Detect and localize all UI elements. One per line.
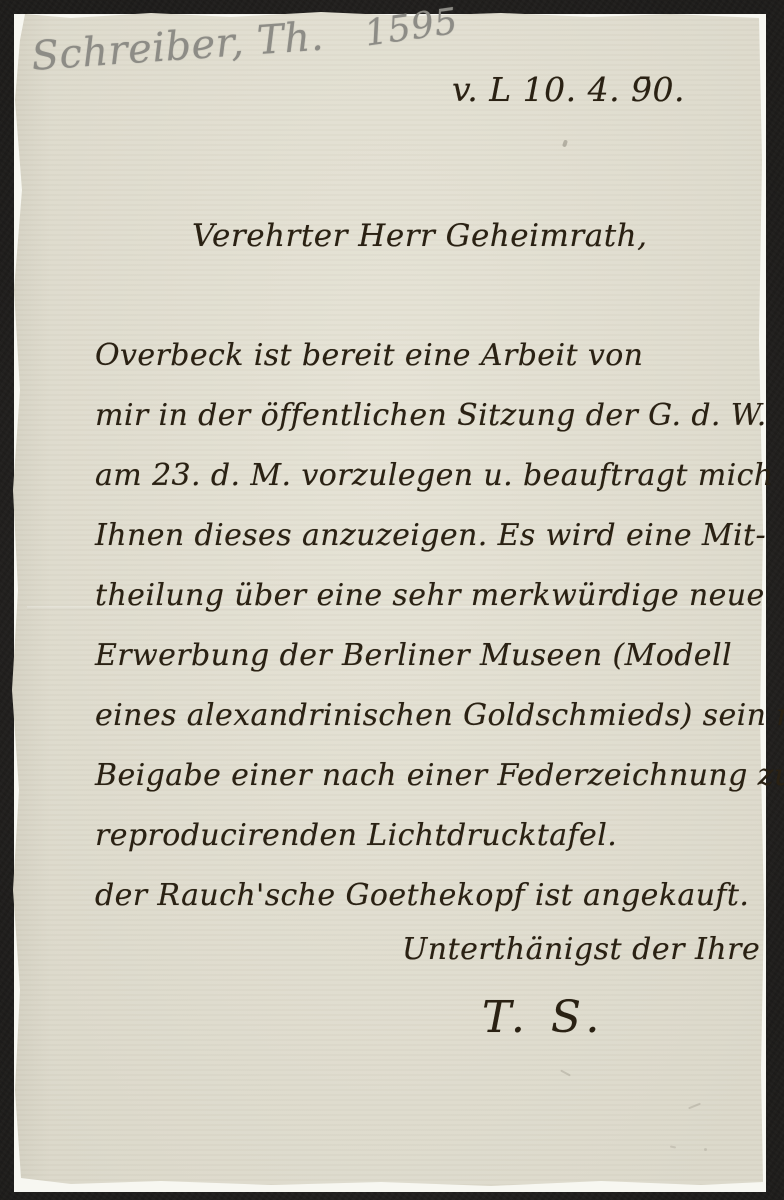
- body-line-1: Overbeck ist bereit eine Arbeit von: [95, 326, 755, 386]
- ink-date-annotation: v. L 10. 4. 9̄0.: [452, 70, 685, 109]
- body-line-8: Beigabe einer nach einer Federzeichnung …: [95, 746, 755, 806]
- body-line-3: am 23. d. M. vorzulegen u. beauftragt mi…: [95, 446, 755, 506]
- body-line-9: reproducirenden Lichtdrucktafel.: [95, 806, 755, 866]
- letter-signature: T. S.: [482, 992, 605, 1043]
- scanned-letter-page: { "colors": { "scan_background": "#27252…: [0, 0, 784, 1200]
- body-line-5: theilung über eine sehr merkwürdige neue: [95, 566, 755, 626]
- body-line-7: eines alexandrinischen Goldschmieds) sei…: [95, 686, 755, 746]
- body-line-2: mir in der öffentlichen Sitzung der G. d…: [95, 386, 755, 446]
- body-line-6: Erwerbung der Berliner Museen (Modell: [95, 626, 755, 686]
- letter-salutation: Verehrter Herr Geheimrath,: [192, 218, 648, 254]
- body-line-4: Ihnen dieses anzuzeigen. Es wird eine Mi…: [95, 506, 755, 566]
- letter-closing: Unterthänigst der Ihre: [402, 932, 760, 967]
- body-line-10: der Rauch'sche Goethekopf ist angekauft.: [95, 866, 755, 926]
- pencil-smudge: [704, 1148, 707, 1151]
- letter-body: Overbeck ist bereit eine Arbeit von mir …: [95, 326, 755, 926]
